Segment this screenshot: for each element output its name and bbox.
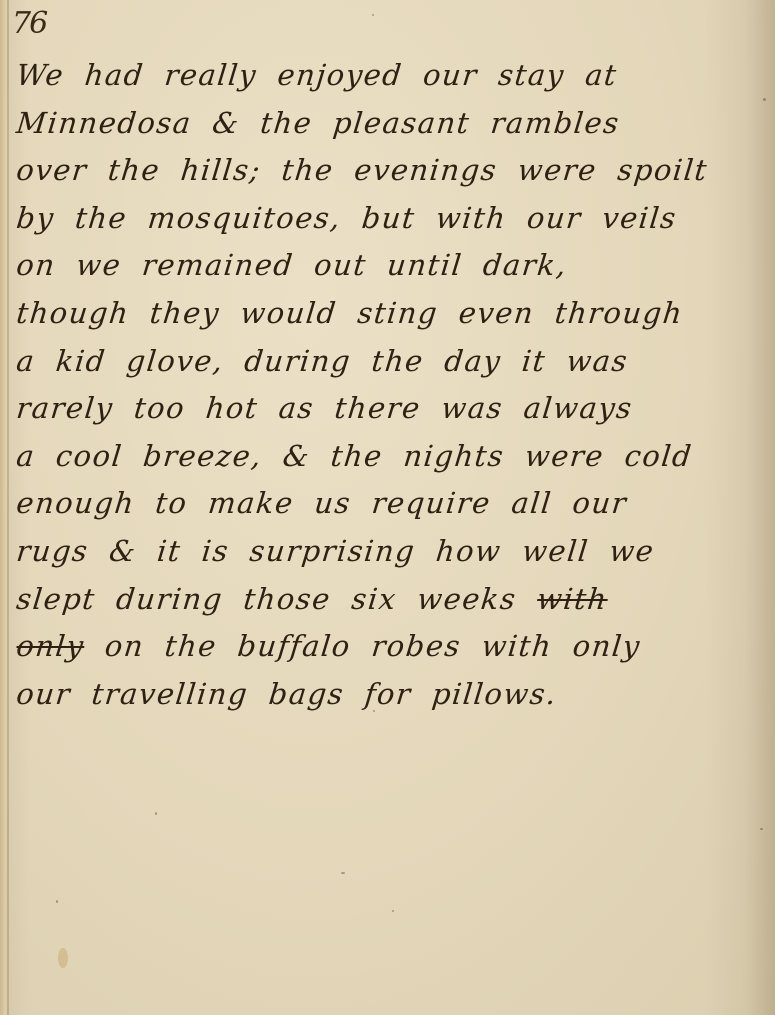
manuscript-page: 76 We had really enjoyed our stay at Min…	[0, 0, 775, 1015]
paper-speck	[392, 910, 394, 912]
paper-speck	[341, 872, 345, 874]
text-line-11: rugs & it is surprising how well we	[14, 528, 764, 576]
text-line-6: though they would sting even through	[14, 290, 764, 338]
text-line-3: over the hills; the evenings were spoilt	[14, 147, 764, 195]
struck-through-word: with	[536, 582, 610, 616]
text-line-12: slept during those six weeks with	[14, 576, 764, 624]
text-line-9: a cool breeze, & the nights were cold	[14, 433, 764, 481]
paper-stain	[58, 948, 68, 968]
text-line-4: by the mosquitoes, but with our veils	[14, 195, 764, 243]
text-line-8: rarely too hot as there was always	[14, 385, 764, 433]
text-line-1: We had really enjoyed our stay at	[14, 52, 764, 100]
text-line-14: our travelling bags for pillows.	[14, 671, 764, 719]
paper-speck	[56, 900, 58, 903]
text-line-2: Minnedosa & the pleasant rambles	[14, 100, 764, 148]
binding-edge	[0, 0, 6, 1015]
paper-speck	[155, 812, 157, 815]
struck-through-word: only	[15, 629, 86, 663]
text-line-5: on we remained out until dark,	[14, 242, 764, 290]
handwritten-text: We had really enjoyed our stay at Minned…	[14, 52, 759, 718]
paper-speck	[760, 828, 763, 830]
text-line-10: enough to make us require all our	[14, 480, 764, 528]
page-number: 76	[12, 6, 46, 41]
text-line-7: a kid glove, during the day it was	[14, 338, 764, 386]
margin-line	[7, 0, 9, 1015]
paper-speck	[372, 14, 374, 16]
text-line-13: only on the buffalo robes with only	[14, 623, 764, 671]
